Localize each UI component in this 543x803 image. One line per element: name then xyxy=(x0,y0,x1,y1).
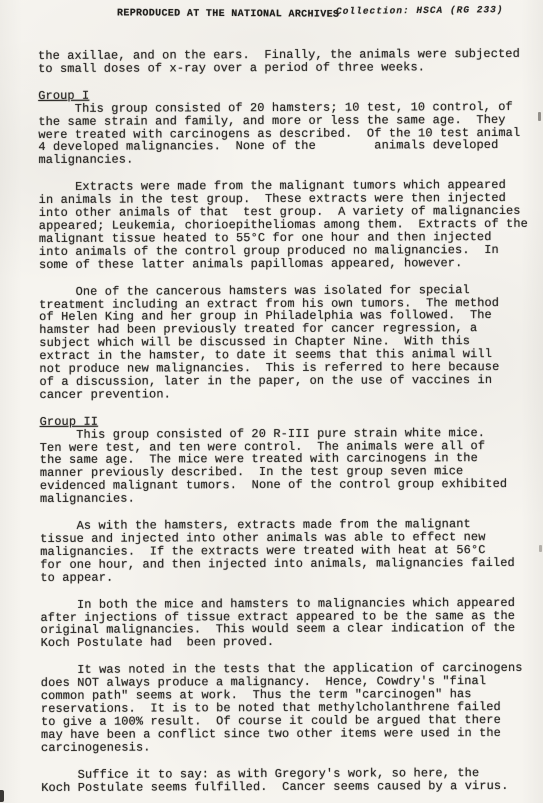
paragraph: In both the mice and hamsters to maligna… xyxy=(40,596,539,650)
archives-reproduction-stamp: REPRODUCED AT THE NATIONAL ARCHIVES xyxy=(117,8,339,20)
scan-artifact-corner-mark xyxy=(0,790,4,802)
paragraph: This group consisted of 20 R-III pure st… xyxy=(40,426,539,506)
scan-artifact-edge-speck xyxy=(539,545,542,552)
document-body: the axillae, and on the ears. Finally, t… xyxy=(38,48,540,803)
paragraph: As with the hamsters, extracts made from… xyxy=(40,518,539,585)
paragraph: This group consisted of 20 hamsters; 10 … xyxy=(38,101,537,168)
scanned-document-page: REPRODUCED AT THE NATIONAL ARCHIVES Coll… xyxy=(0,0,543,803)
paragraph: It was noted in the tests that the appli… xyxy=(41,662,540,755)
collection-stamp: Collection: HSCA (RG 233) xyxy=(336,4,504,17)
scan-artifact-edge-speck xyxy=(538,112,541,121)
paragraph: Suffice it to say: as with Gregory's wor… xyxy=(41,766,540,794)
paragraph: the axillae, and on the ears. Finally, t… xyxy=(38,48,537,76)
paragraph: One of the cancerous hamsters was isolat… xyxy=(39,283,539,401)
paragraph: Extracts were made from the malignant tu… xyxy=(39,179,538,272)
